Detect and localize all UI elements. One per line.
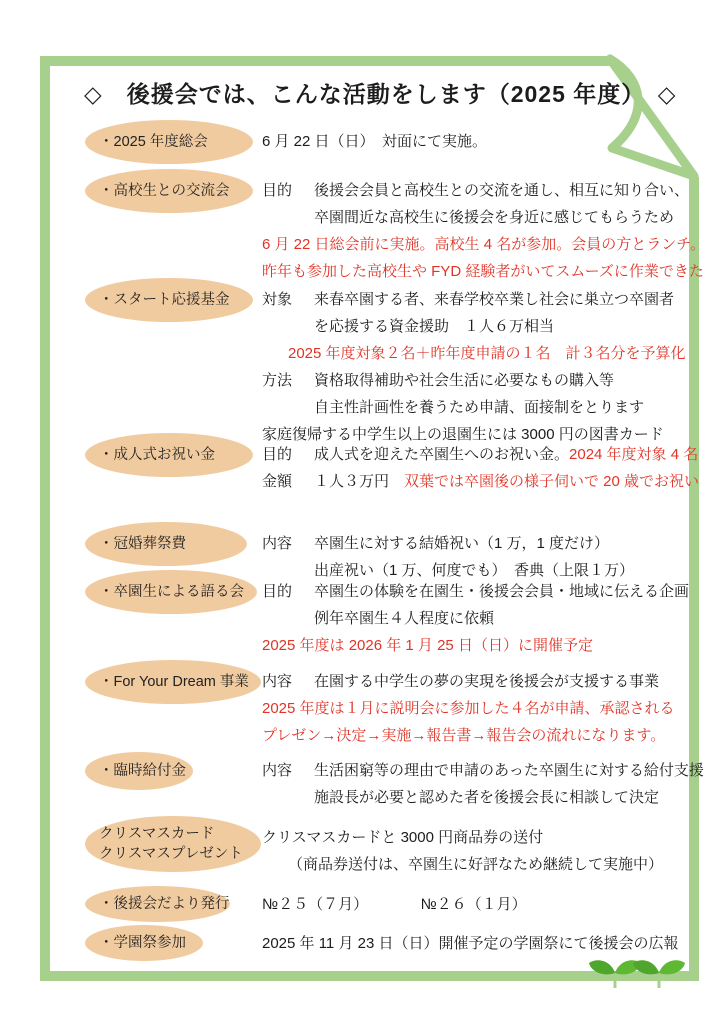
section-content: 目的卒園生の体験を在園生・後援会会員・地域に伝える企画例年卒園生４人程度に依頼2… [262,570,689,659]
content-row: 6 月 22 日総会前に実施。高校生 4 名が参加。会員の方とランチ。 [262,231,705,258]
text-segment: プレゼン→決定→実施→報告書→報告会の流れになります。 [262,727,665,744]
section-label-oval: ・臨時給付金 [85,752,193,790]
text-segment: 双葉では卒園後の様子伺いで 20 歳でお祝い [404,473,699,490]
content-row: 対象来春卒園する者、来春学校卒業し社会に巣立つ卒園者 [262,286,686,313]
section-content: クリスマスカードと 3000 円商品券の送付（商品券送付は、卒園生に好評なため継… [262,816,663,878]
text-segment: №２５（７月） №２６（１月） [262,896,527,913]
text-segment: を応援する資金援助 １人６万相当 [314,318,554,335]
row-keyword: 金額 [262,468,314,495]
text-segment: （商品券送付は、卒園生に好評なため継続して実施中） [288,856,663,873]
content-row: 内容生活困窮等の理由で申請のあった卒園生に対する給付支援 [262,757,704,784]
content-row: 金額１人３万円 双葉では卒園後の様子伺いで 20 歳でお祝い [262,468,699,495]
row-keyword: 目的 [262,578,314,605]
content-row: 目的卒園生の体験を在園生・後援会会員・地域に伝える企画 [262,578,689,605]
row-keyword: 内容 [262,530,314,557]
row-keyword: 方法 [262,367,314,394]
section-label-oval: ・成人式お祝い金 [85,433,253,477]
section-label: ・学園祭参加 [99,933,203,953]
section-content: 目的成人式を迎えた卒園生へのお祝い金。2024 年度対象 4 名金額１人３万円 … [262,433,699,495]
text-segment: 6 月 22 日（日） 対面にて実施。 [262,133,487,150]
section-label: クリスマスカード [99,824,261,844]
section-label-oval: クリスマスカードクリスマスプレゼント [85,816,261,872]
content-row: 2025 年度は１月に説明会に参加した４名が申請、承認される [262,695,675,722]
document-page: ◇ 後援会では、こんな活動をします（2025 年度） ◇ ・2025 年度総会6… [0,0,724,1024]
text-segment: 2024 年度対象 4 名 [569,446,698,463]
text-segment: 2025 年度対象２名＋昨年度申請の１名 計３名分を予算化 [288,345,686,362]
section-label: クリスマスプレゼント [99,844,261,864]
content-row: （商品券送付は、卒園生に好評なため継続して実施中） [262,851,663,878]
section-label-oval: ・卒園生による語る会 [85,570,257,614]
text-segment: 卒園生の体験を在園生・後援会会員・地域に伝える企画 [314,583,689,600]
text-segment: 施設長が必要と認めた者を後援会長に相談して決定 [314,789,659,806]
section-label: ・冠婚葬祭費 [99,534,247,554]
content-row: クリスマスカードと 3000 円商品券の送付 [262,824,663,851]
text-segment: 在園する中学生の夢の実現を後援会が支援する事業 [314,673,659,690]
text-segment: クリスマスカードと 3000 円商品券の送付 [262,829,543,846]
section-content: 内容生活困窮等の理由で申請のあった卒園生に対する給付支援施設長が必要と認めた者を… [262,752,704,811]
text-segment: 後援会会員と高校生との交流を通し、相互に知り合い、 [314,182,689,199]
row-keyword: 内容 [262,668,314,695]
content-row: を応援する資金援助 １人６万相当 [262,313,686,340]
section-label-oval: ・高校生との交流会 [85,169,253,213]
section-label: ・高校生との交流会 [99,181,253,201]
content-row: 方法資格取得補助や社会生活に必要なもの購入等 [262,367,686,394]
section-label: ・卒園生による語る会 [99,582,257,602]
content-row: 卒園間近な高校生に後援会を身近に感じてもらうため [262,204,705,231]
section-content: 対象来春卒園する者、来春学校卒業し社会に巣立つ卒園者を応援する資金援助 １人６万… [262,278,686,448]
text-segment: 自主性計画性を養うため申請、面接制をとります [314,399,644,416]
section-label-oval: ・2025 年度総会 [85,120,253,164]
row-keyword: 内容 [262,757,314,784]
content-row: №２５（７月） №２６（１月） [262,891,527,918]
section-label-oval: ・For Your Dream 事業 [85,660,261,704]
text-segment: 例年卒園生４人程度に依頼 [314,610,494,627]
content-row: 例年卒園生４人程度に依頼 [262,605,689,632]
content-row: 6 月 22 日（日） 対面にて実施。 [262,128,487,155]
content-row: 目的後援会会員と高校生との交流を通し、相互に知り合い、 [262,177,705,204]
row-keyword: 目的 [262,441,314,468]
content-row: 内容卒園生に対する結婚祝い（1 万，1 度だけ） [262,530,634,557]
section-label-oval: ・学園祭参加 [85,925,203,961]
section-label-oval: ・後援会だより発行 [85,886,230,922]
section-content: 内容在園する中学生の夢の実現を後援会が支援する事業2025 年度は１月に説明会に… [262,660,675,749]
section-label-oval: ・スタート応援基金 [85,278,253,322]
section-content: 6 月 22 日（日） 対面にて実施。 [262,120,487,155]
text-segment: 2025 年 11 月 23 日（日）開催予定の学園祭にて後援会の広報 [262,935,678,952]
content-row: 内容在園する中学生の夢の実現を後援会が支援する事業 [262,668,675,695]
content-row: 自主性計画性を養うため申請、面接制をとります [262,394,686,421]
content-row: 2025 年度対象２名＋昨年度申請の１名 計３名分を予算化 [262,340,686,367]
section-label: ・臨時給付金 [99,761,193,781]
row-keyword: 対象 [262,286,314,313]
content-row: プレゼン→決定→実施→報告書→報告会の流れになります。 [262,722,675,749]
section-label: ・成人式お祝い金 [99,445,253,465]
content-row: 2025 年度は 2026 年 1 月 25 日（日）に開催予定 [262,632,689,659]
section-label: ・スタート応援基金 [99,290,253,310]
text-segment: 生活困窮等の理由で申請のあった卒園生に対する給付支援 [314,762,704,779]
text-segment: １人３万円 [314,473,404,490]
row-keyword: 目的 [262,177,314,204]
content-row: 目的成人式を迎えた卒園生へのお祝い金。2024 年度対象 4 名 [262,441,699,468]
text-segment: 卒園間近な高校生に後援会を身近に感じてもらうため [314,209,674,226]
section-content: №２５（７月） №２６（１月） [262,886,527,918]
text-segment: 2025 年度は 2026 年 1 月 25 日（日）に開催予定 [262,637,593,654]
section-label-oval: ・冠婚葬祭費 [85,522,247,566]
text-segment: 卒園生に対する結婚祝い（1 万，1 度だけ） [314,535,609,552]
text-segment: 6 月 22 日総会前に実施。高校生 4 名が参加。会員の方とランチ。 [262,236,705,253]
section-content: 2025 年 11 月 23 日（日）開催予定の学園祭にて後援会の広報 [262,925,678,957]
content-row: 2025 年 11 月 23 日（日）開催予定の学園祭にて後援会の広報 [262,930,678,957]
section-label: ・2025 年度総会 [99,132,253,152]
text-segment: 来春卒園する者、来春学校卒業し社会に巣立つ卒園者 [314,291,674,308]
section-label: ・後援会だより発行 [99,894,230,914]
text-segment: 資格取得補助や社会生活に必要なもの購入等 [314,372,614,389]
section-label: ・For Your Dream 事業 [99,672,261,692]
page-title: ◇ 後援会では、こんな活動をします（2025 年度） ◇ [84,76,676,109]
text-segment: 2025 年度は１月に説明会に参加した４名が申請、承認される [262,700,675,717]
section-content: 目的後援会会員と高校生との交流を通し、相互に知り合い、卒園間近な高校生に後援会を… [262,169,705,285]
text-segment: 成人式を迎えた卒園生へのお祝い金。 [314,446,569,463]
content-row: 施設長が必要と認めた者を後援会長に相談して決定 [262,784,704,811]
